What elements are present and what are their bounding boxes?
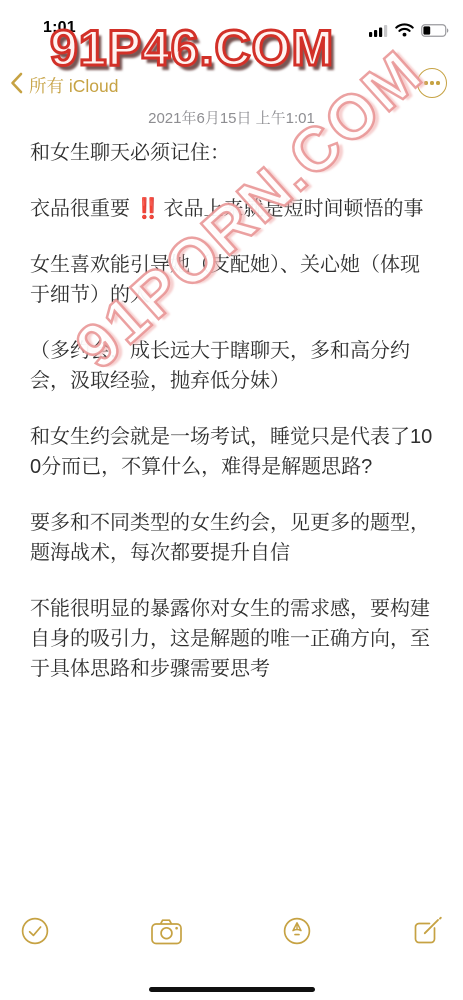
camera-button[interactable] xyxy=(150,917,183,950)
status-bar-indicators xyxy=(369,23,449,42)
watermark-text-top: 91P46.COM xyxy=(50,21,334,76)
note-paragraph: 要多和不同类型的女生约会，见更多的题型，题海战术，每次都要提升自信 xyxy=(30,508,435,568)
note-paragraph: 女生喜欢能引导她（支配她）、关心她（体现于细节）的人 xyxy=(30,250,435,310)
note-body[interactable]: 和女生聊天必须记住： 衣品很重要 ‼️衣品上来就是短时间顿悟的事 女生喜欢能引导… xyxy=(30,138,435,710)
ellipsis-icon xyxy=(424,81,428,85)
camera-icon xyxy=(150,917,183,950)
back-button[interactable]: 所有 iCloud xyxy=(10,72,118,99)
checkmark-circle-icon xyxy=(20,916,50,951)
marker-pen-circle-icon xyxy=(282,916,312,951)
note-paragraph: 不能很明显的暴露你对女生的需求感，要构建自身的吸引力，这是解题的唯一正确方向，至… xyxy=(30,594,435,684)
back-button-label: 所有 iCloud xyxy=(29,73,118,98)
notes-toolbar xyxy=(0,915,463,951)
compose-button[interactable] xyxy=(412,916,443,951)
markup-button[interactable] xyxy=(282,916,312,951)
more-options-button[interactable] xyxy=(417,68,447,98)
wifi-icon xyxy=(395,23,414,42)
chevron-left-icon xyxy=(10,72,23,99)
note-paragraph: 和女生约会就是一场考试，睡觉只是代表了100分而已，不算什么，难得是解题思路? xyxy=(30,422,435,482)
home-indicator[interactable] xyxy=(149,987,315,992)
note-paragraph: 和女生聊天必须记住： xyxy=(30,138,435,168)
checklist-button[interactable] xyxy=(20,916,50,951)
compose-icon xyxy=(412,916,443,951)
note-paragraph: 衣品很重要 ‼️衣品上来就是短时间顿悟的事 xyxy=(30,194,435,224)
battery-icon xyxy=(421,24,449,42)
note-date: 2021年6月15日 上午1:01 xyxy=(0,107,463,128)
note-paragraph: （多约会，成长远大于瞎聊天，多和高分约会，汲取经验，抛弃低分妹） xyxy=(30,336,435,396)
status-bar-time: 1:01 xyxy=(43,19,76,37)
cellular-signal-icon xyxy=(369,24,388,42)
notes-app-screen: 1:01 xyxy=(0,0,463,1000)
